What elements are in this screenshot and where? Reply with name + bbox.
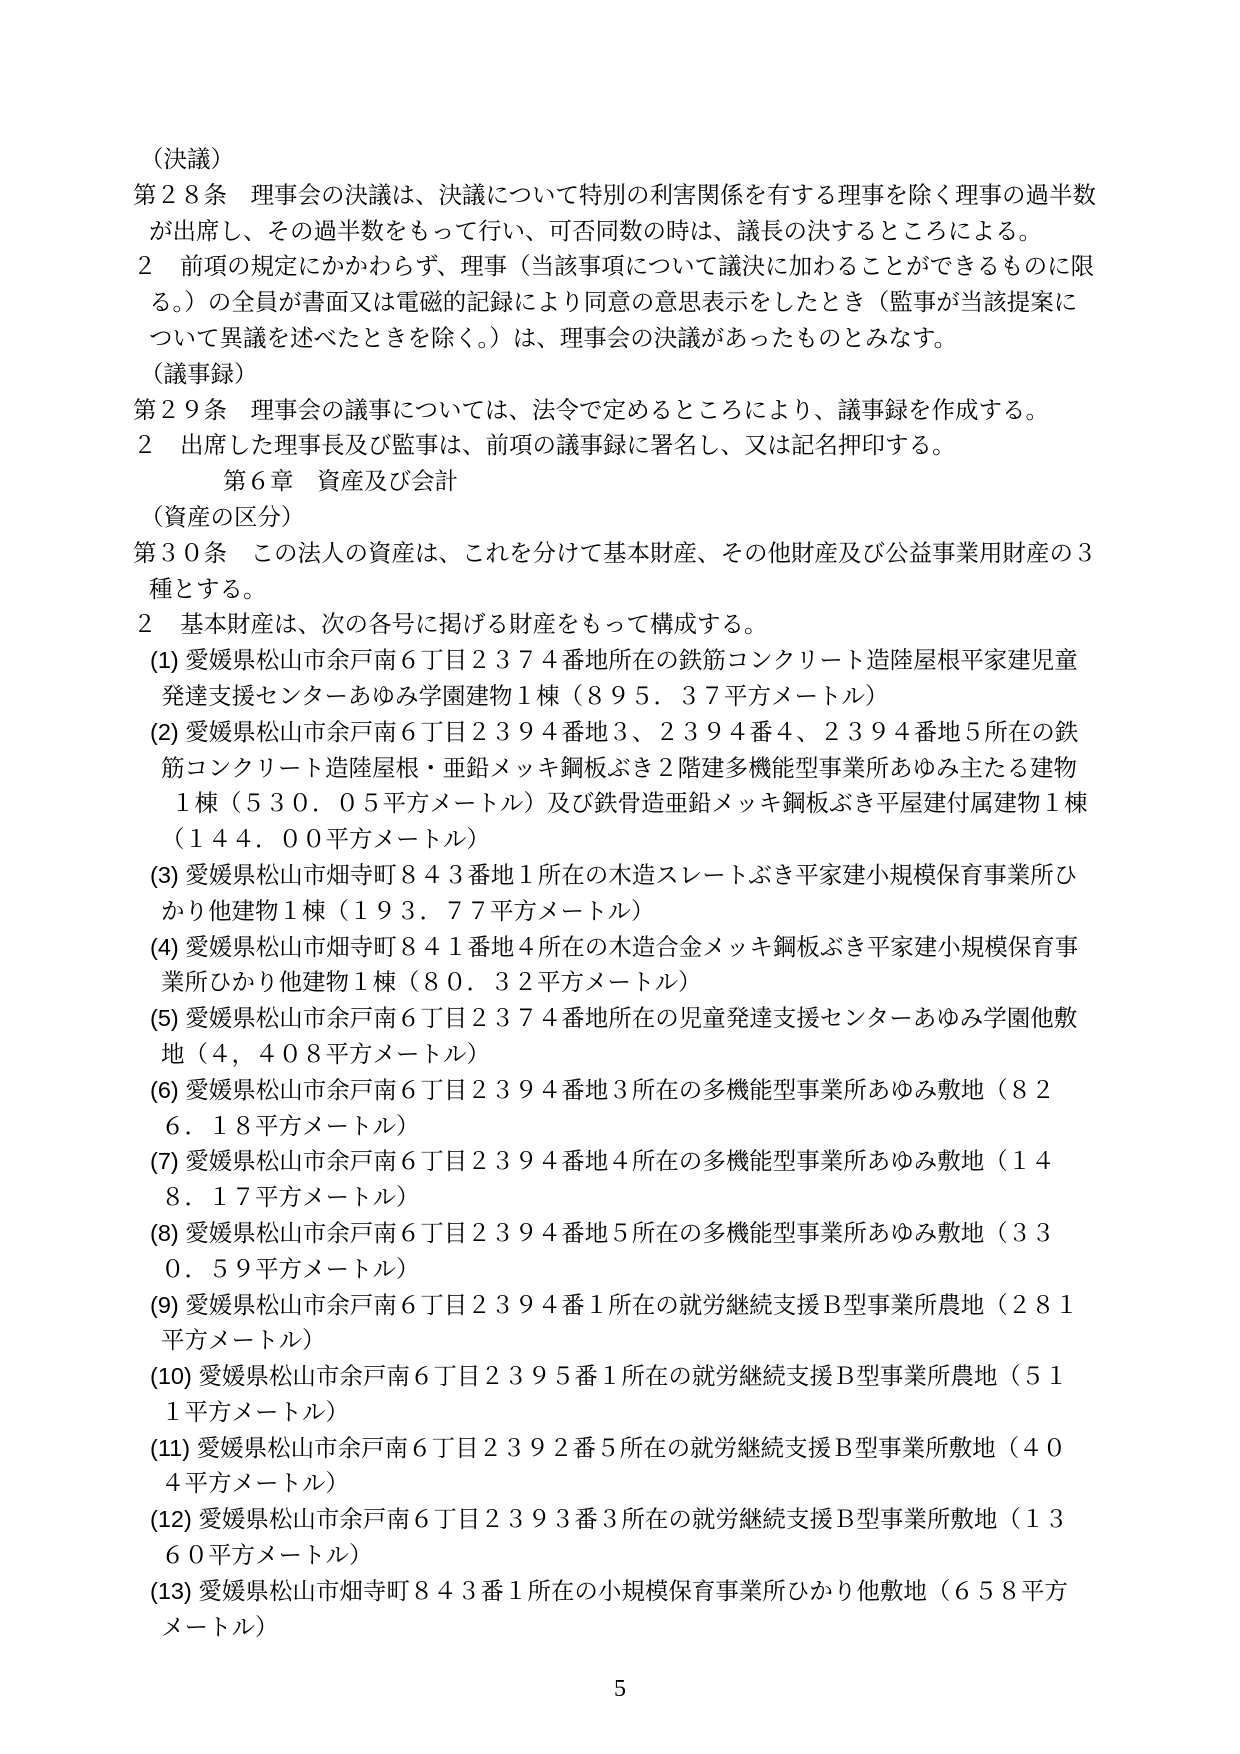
doc-line: (8) 愛媛県松山市余戸南６丁目２３９４番地５所在の多機能型事業所あゆみ敷地（３… — [133, 1216, 1097, 1252]
doc-line: ４平方メートル） — [133, 1466, 1097, 1502]
doc-line: １棟（５３０．０５平方メートル）及び鉄骨造亜鉛メッキ鋼板ぶき平屋建付属建物１棟 — [133, 786, 1097, 822]
doc-line: (12) 愛媛県松山市余戸南６丁目２３９３番３所在の就労継続支援Ｂ型事業所敷地（… — [133, 1502, 1097, 1538]
doc-line: 発達支援センターあゆみ学園建物１棟（８９５．３７平方メートル） — [133, 679, 1097, 715]
doc-line: ２ 出席した理事長及び監事は、前項の議事録に署名し、又は記名押印する。 — [133, 428, 1097, 464]
doc-line: (6) 愛媛県松山市余戸南６丁目２３９４番地３所在の多機能型事業所あゆみ敷地（８… — [133, 1073, 1097, 1109]
document-body: （決議）第２８条 理事会の決議は、決議について特別の利害関係を有する理事を除く理… — [133, 0, 1097, 1645]
doc-line: (5) 愛媛県松山市余戸南６丁目２３７４番地所在の児童発達支援センターあゆみ学園… — [133, 1001, 1097, 1037]
doc-line: メートル） — [133, 1610, 1097, 1646]
page-number: 5 — [0, 1676, 1240, 1703]
doc-line: 第２９条 理事会の議事については、法令で定めるところにより、議事録を作成する。 — [133, 393, 1097, 429]
doc-line: (4) 愛媛県松山市畑寺町８４１番地４所在の木造合金メッキ鋼板ぶき平家建小規模保… — [133, 930, 1097, 966]
doc-line: １平方メートル） — [133, 1395, 1097, 1431]
doc-line: ６０平方メートル） — [133, 1538, 1097, 1574]
doc-line: 業所ひかり他建物１棟（８０．３２平方メートル） — [133, 965, 1097, 1001]
doc-line: 地（４，４０８平方メートル） — [133, 1037, 1097, 1073]
doc-line: (13) 愛媛県松山市畑寺町８４３番１所在の小規模保育事業所ひかり他敷地（６５８… — [133, 1574, 1097, 1610]
doc-line: 第２８条 理事会の決議は、決議について特別の利害関係を有する理事を除く理事の過半… — [133, 178, 1097, 214]
doc-line: （資産の区分） — [133, 500, 1097, 536]
doc-line: る。）の全員が書面又は電磁的記録により同意の意思表示をしたとき（監事が当該提案に — [133, 285, 1097, 321]
doc-line: 筋コンクリート造陸屋根・亜鉛メッキ鋼板ぶき２階建多機能型事業所あゆみ主たる建物 — [133, 751, 1097, 787]
doc-line: (1) 愛媛県松山市余戸南６丁目２３７４番地所在の鉄筋コンクリート造陸屋根平家建… — [133, 643, 1097, 679]
doc-line: ０．５９平方メートル） — [133, 1252, 1097, 1288]
doc-line: 第３０条 この法人の資産は、これを分けて基本財産、その他財産及び公益事業用財産の… — [133, 536, 1097, 572]
document-page: （決議）第２８条 理事会の決議は、決議について特別の利害関係を有する理事を除く理… — [0, 0, 1240, 1754]
doc-line: （１４４．００平方メートル） — [133, 822, 1097, 858]
doc-line: ８．１７平方メートル） — [133, 1180, 1097, 1216]
doc-line: (11) 愛媛県松山市余戸南６丁目２３９２番５所在の就労継続支援Ｂ型事業所敷地（… — [133, 1431, 1097, 1467]
doc-line: 第６章 資産及び会計 — [133, 464, 1097, 500]
doc-line: が出席し、その過半数をもって行い、可否同数の時は、議長の決するところによる。 — [133, 214, 1097, 250]
doc-line: （決議） — [133, 142, 1097, 178]
doc-line: (9) 愛媛県松山市余戸南６丁目２３９４番１所在の就労継続支援Ｂ型事業所農地（２… — [133, 1288, 1097, 1324]
doc-line: ついて異議を述べたときを除く。）は、理事会の決議があったものとみなす。 — [133, 321, 1097, 357]
doc-line: かり他建物１棟（１９３．７７平方メートル） — [133, 894, 1097, 930]
doc-line: ２ 基本財産は、次の各号に掲げる財産をもって構成する。 — [133, 607, 1097, 643]
doc-line: (3) 愛媛県松山市畑寺町８４３番地１所在の木造スレートぶき平家建小規模保育事業… — [133, 858, 1097, 894]
doc-line: (7) 愛媛県松山市余戸南６丁目２３９４番地４所在の多機能型事業所あゆみ敷地（１… — [133, 1144, 1097, 1180]
doc-line: ２ 前項の規定にかかわらず、理事（当該事項について議決に加わることができるものに… — [133, 249, 1097, 285]
doc-line: 種とする。 — [133, 572, 1097, 608]
doc-line: ６．１８平方メートル） — [133, 1109, 1097, 1145]
doc-line: （議事録） — [133, 357, 1097, 393]
doc-line: (2) 愛媛県松山市余戸南６丁目２３９４番地３、２３９４番４、２３９４番地５所在… — [133, 715, 1097, 751]
doc-line: (10) 愛媛県松山市余戸南６丁目２３９５番１所在の就労継続支援Ｂ型事業所農地（… — [133, 1359, 1097, 1395]
doc-line: 平方メートル） — [133, 1323, 1097, 1359]
